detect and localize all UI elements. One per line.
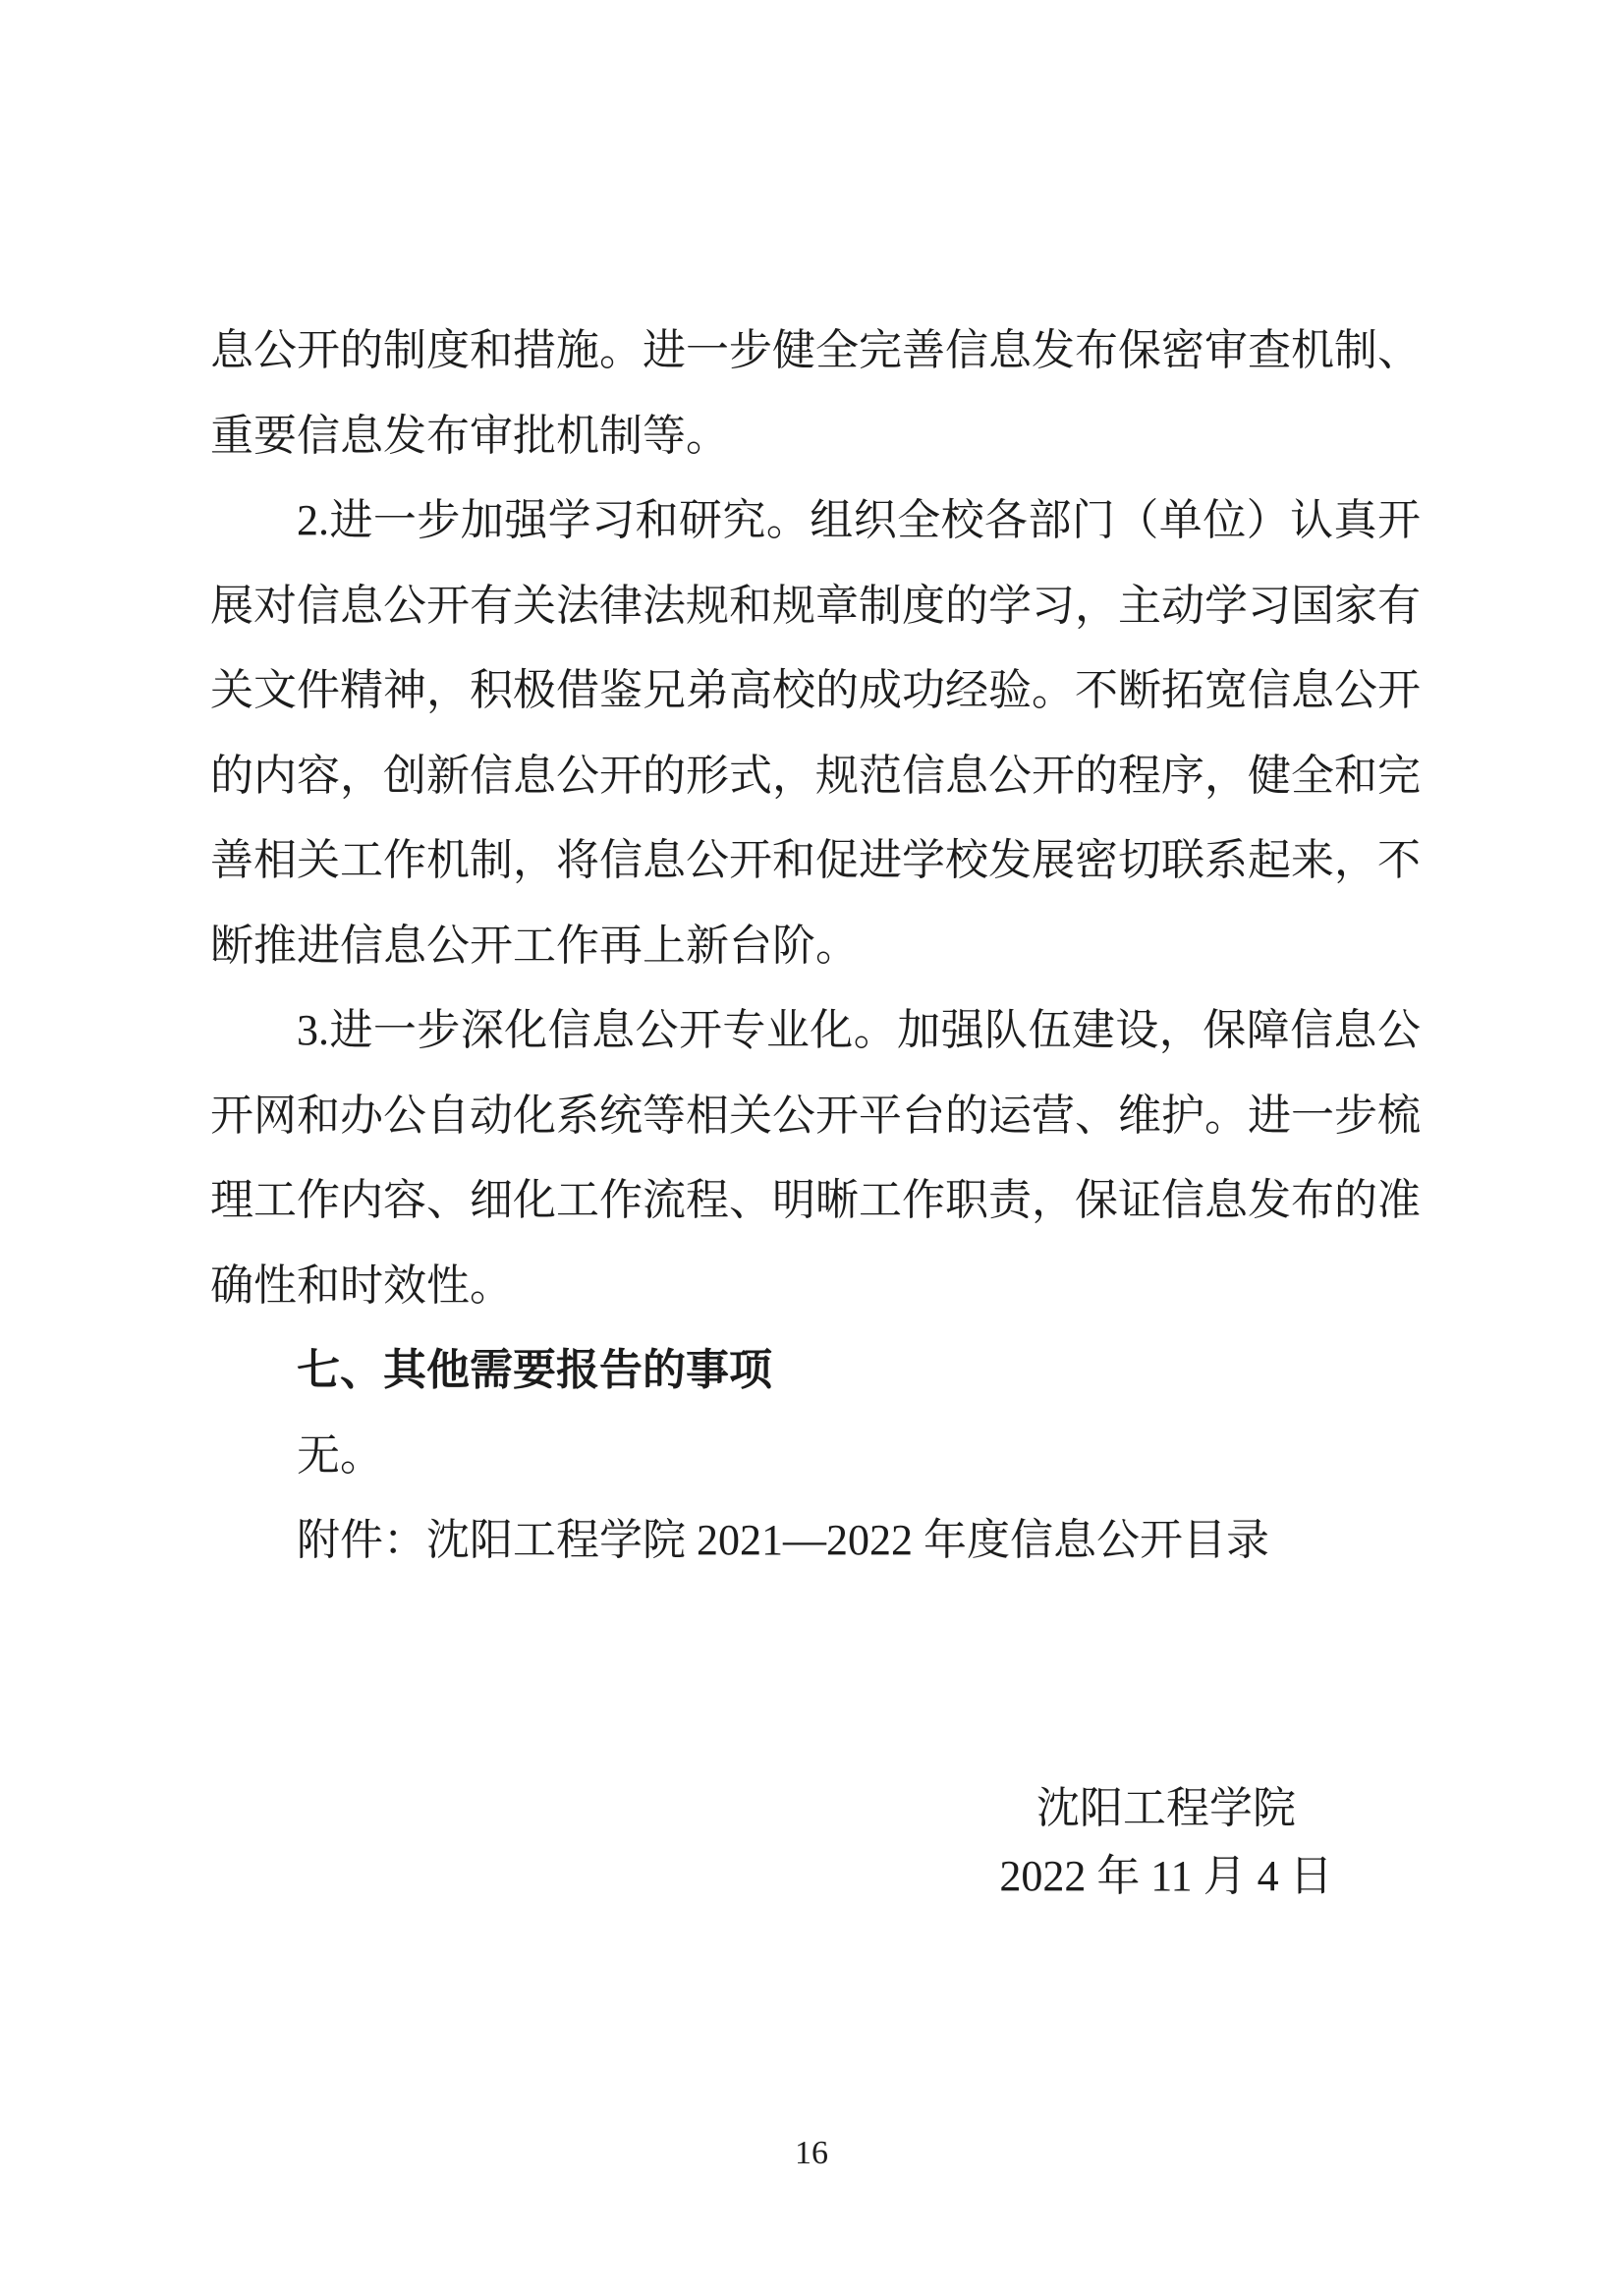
body-line-6: 的内容，创新信息公开的形式，规范信息公开的程序，健全和完 <box>210 734 1421 819</box>
signature-date: 2022 年 11 月 4 日 <box>871 1842 1461 1910</box>
section-heading: 七、其他需要报告的事项 <box>210 1328 1421 1414</box>
body-line-2: 重要信息发布审批机制等。 <box>210 394 1421 479</box>
body-line-10: 开网和办公自动化系统等相关公开平台的运营、维护。进一步梳 <box>210 1074 1421 1159</box>
body-line-12: 确性和时效性。 <box>210 1244 1421 1329</box>
body-line-7: 善相关工作机制，将信息公开和促进学校发展密切联系起来，不 <box>210 818 1421 904</box>
signature-organization: 沈阳工程学院 <box>871 1774 1461 1842</box>
body-line-11: 理工作内容、细化工作流程、明晰工作职责，保证信息发布的准 <box>210 1158 1421 1244</box>
attachment-line: 附件：沈阳工程学院 2021—2022 年度信息公开目录 <box>210 1498 1421 1584</box>
document-page: 息公开的制度和措施。进一步健全完善信息发布保密审查机制、 重要信息发布审批机制等… <box>0 0 1623 2296</box>
document-body: 息公开的制度和措施。进一步健全完善信息发布保密审查机制、 重要信息发布审批机制等… <box>210 308 1421 1584</box>
body-line-none: 无。 <box>210 1414 1421 1499</box>
page-number: 16 <box>0 2132 1623 2175</box>
body-line-8: 断推进信息公开工作再上新台阶。 <box>210 904 1421 989</box>
body-line-1: 息公开的制度和措施。进一步健全完善信息发布保密审查机制、 <box>210 308 1421 394</box>
body-line-5: 关文件精神，积极借鉴兄弟高校的成功经验。不断拓宽信息公开 <box>210 648 1421 734</box>
body-line-9: 3.进一步深化信息公开专业化。加强队伍建设，保障信息公 <box>210 988 1421 1074</box>
signature-block: 沈阳工程学院 2022 年 11 月 4 日 <box>871 1774 1461 1910</box>
body-line-3: 2.进一步加强学习和研究。组织全校各部门（单位）认真开 <box>210 478 1421 564</box>
body-line-4: 展对信息公开有关法律法规和规章制度的学习，主动学习国家有 <box>210 564 1421 649</box>
